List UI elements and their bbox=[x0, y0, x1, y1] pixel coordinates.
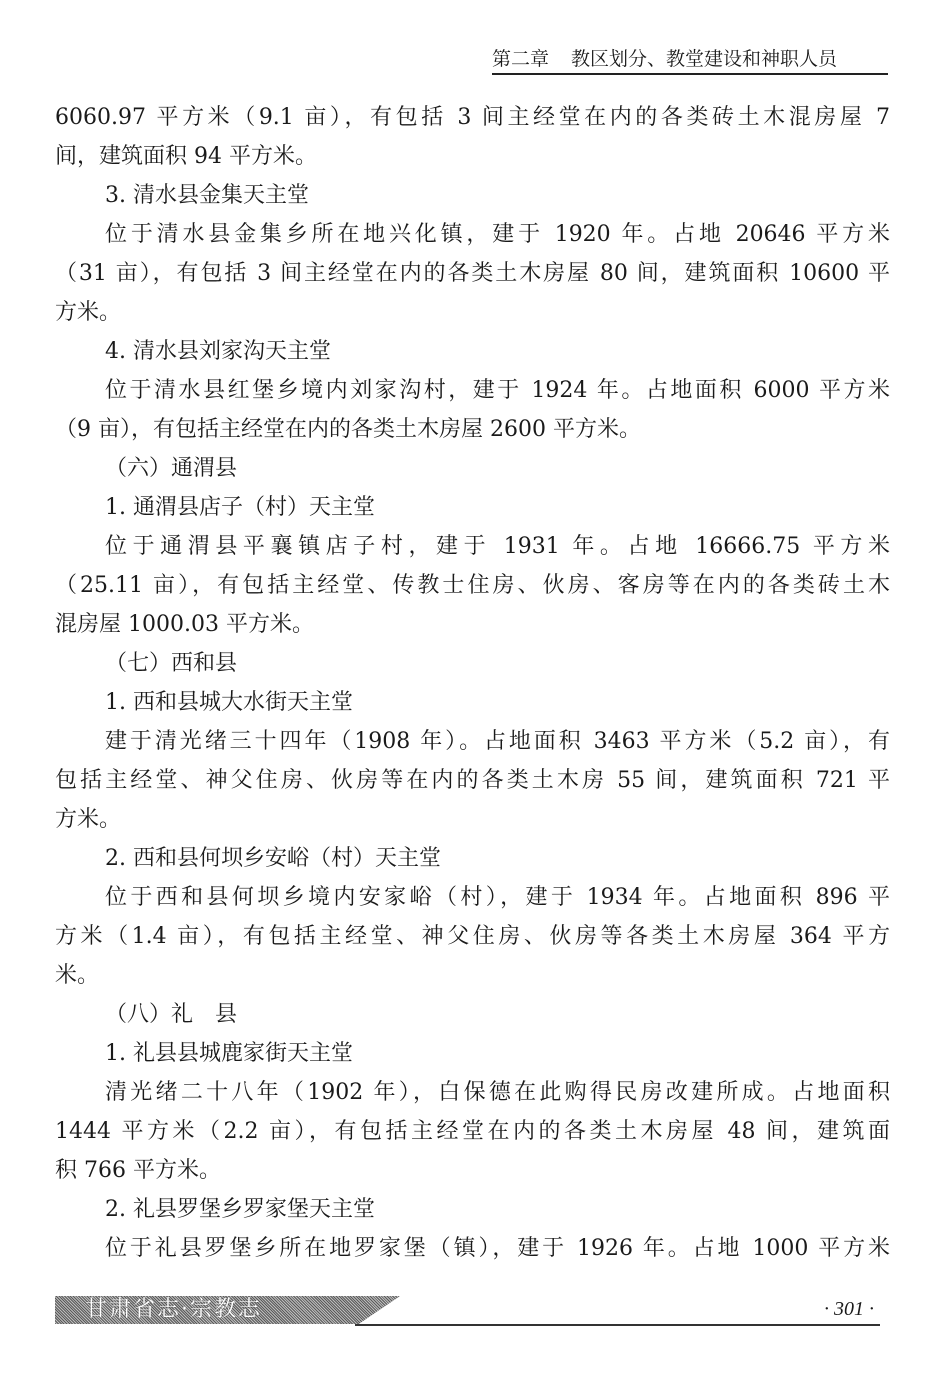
county-heading: （七）西和县 bbox=[55, 644, 890, 683]
section-heading: 1. 通渭县店子（村）天主堂 bbox=[55, 488, 890, 527]
text-line: 位于清水县金集乡所在地兴化镇，建于 1920 年。占地 20646 平方米 bbox=[55, 215, 890, 254]
section-heading: 2. 西和县何坝乡安峪（村）天主堂 bbox=[55, 839, 890, 878]
text-line: 方米。 bbox=[55, 800, 890, 839]
text-line: 位于通渭县平襄镇店子村，建于 1931 年。占地 16666.75 平方米 bbox=[55, 527, 890, 566]
text-line: 间，建筑面积 94 平方米。 bbox=[55, 137, 890, 176]
chapter-title: 教区划分、教堂建设和神职人员 bbox=[571, 48, 837, 70]
text-line: 混房屋 1000.03 平方米。 bbox=[55, 605, 890, 644]
text-line: 1444 平方米（2.2 亩），有包括主经堂在内的各类土木房屋 48 间，建筑面 bbox=[55, 1112, 890, 1151]
section-heading: 3. 清水县金集天主堂 bbox=[55, 176, 890, 215]
county-heading: （六）通渭县 bbox=[55, 449, 890, 488]
section-heading: 2. 礼县罗堡乡罗家堡天主堂 bbox=[55, 1190, 890, 1229]
text-line: （31 亩），有包括 3 间主经堂在内的各类土木房屋 80 间，建筑面积 106… bbox=[55, 254, 890, 293]
section-heading: 4. 清水县刘家沟天主堂 bbox=[55, 332, 890, 371]
text-line: 方米（1.4 亩），有包括主经堂、神父住房、伙房等各类土木房屋 364 平方 bbox=[55, 917, 890, 956]
page-number: · 301 · bbox=[824, 1298, 874, 1321]
section-heading: 1. 西和县城大水街天主堂 bbox=[55, 683, 890, 722]
text-line: 位于礼县罗堡乡所在地罗家堡（镇），建于 1926 年。占地 1000 平方米 bbox=[55, 1229, 890, 1268]
text-line: 积 766 平方米。 bbox=[55, 1151, 890, 1190]
body-text: 6060.97 平方米（9.1 亩），有包括 3 间主经堂在内的各类砖土木混房屋… bbox=[55, 98, 890, 1268]
text-line: 米。 bbox=[55, 956, 890, 995]
text-line: 包括主经堂、神父住房、伙房等在内的各类土木房 55 间，建筑面积 721 平 bbox=[55, 761, 890, 800]
county-heading: （八）礼 县 bbox=[55, 995, 890, 1034]
text-line: 建于清光绪三十四年（1908 年）。占地面积 3463 平方米（5.2 亩），有 bbox=[55, 722, 890, 761]
running-header: 第二章教区划分、教堂建设和神职人员 bbox=[492, 46, 888, 75]
text-line: （9 亩），有包括主经堂在内的各类土木房屋 2600 平方米。 bbox=[55, 410, 890, 449]
book-title: 甘肃省志·宗教志 bbox=[85, 1296, 262, 1324]
page-footer: 甘肃省志·宗教志 · 301 · bbox=[55, 1296, 880, 1328]
chapter-number: 第二章 bbox=[492, 48, 549, 70]
text-line: 清光绪二十八年（1902 年），白保德在此购得民房改建所成。占地面积 bbox=[55, 1073, 890, 1112]
text-line: 6060.97 平方米（9.1 亩），有包括 3 间主经堂在内的各类砖土木混房屋… bbox=[55, 98, 890, 137]
footer-rule bbox=[355, 1324, 880, 1326]
text-line: （25.11 亩），有包括主经堂、传教士住房、伙房、客房等在内的各类砖土木 bbox=[55, 566, 890, 605]
section-heading: 1. 礼县县城鹿家街天主堂 bbox=[55, 1034, 890, 1073]
text-line: 位于清水县红堡乡境内刘家沟村，建于 1924 年。占地面积 6000 平方米 bbox=[55, 371, 890, 410]
text-line: 位于西和县何坝乡境内安家峪（村），建于 1934 年。占地面积 896 平 bbox=[55, 878, 890, 917]
text-line: 方米。 bbox=[55, 293, 890, 332]
